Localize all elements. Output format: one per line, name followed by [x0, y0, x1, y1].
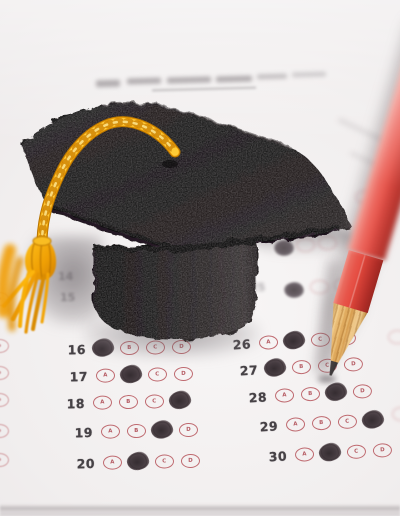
answer-bubble: C — [153, 423, 172, 437]
answer-bubble: A — [93, 395, 112, 409]
bubble-letter: C — [155, 372, 159, 377]
partial-answer-bubble — [0, 424, 9, 438]
bubble-letter: C — [160, 428, 164, 433]
bubble-letter: D — [181, 371, 186, 376]
bubble-letter: D — [188, 458, 193, 463]
bubble-letter: A — [103, 373, 107, 378]
bubble-letter: A — [108, 429, 112, 434]
answer-bubble: C — [155, 454, 174, 468]
bubble-letter: B — [319, 420, 323, 426]
answer-bubble: B — [321, 446, 341, 461]
question-number: 30 — [267, 448, 288, 464]
answer-bubble: D — [373, 443, 393, 458]
bubble-letter: A — [282, 393, 286, 399]
question-number: 19 — [73, 424, 93, 439]
pencil-mark — [118, 363, 143, 385]
partial-answer-bubble — [0, 366, 9, 380]
question-number: 17 — [68, 368, 88, 383]
partial-answer-bubble — [0, 393, 9, 407]
bubble-letter: B — [126, 399, 130, 404]
answer-bubble: D — [353, 384, 373, 399]
answer-bubble: C — [347, 444, 367, 459]
pencil-mark — [317, 441, 342, 463]
answer-bubble: D — [174, 367, 193, 381]
bubble-letter: B — [308, 391, 312, 397]
bubble-letter: B — [299, 364, 303, 370]
answer-bubble: B — [129, 455, 148, 469]
bubble-letter: D — [178, 398, 183, 403]
answer-row: 17ABCD — [68, 366, 200, 385]
bubble-letter: A — [273, 366, 277, 372]
answer-bubble: A — [286, 417, 306, 432]
answer-bubble: C — [148, 367, 167, 381]
answer-bubble: A — [103, 455, 122, 469]
answer-bubble: C — [338, 414, 358, 429]
partial-answer-bubble — [392, 407, 400, 421]
bubble-letter: D — [186, 427, 191, 432]
answer-bubble: A — [266, 361, 286, 376]
bubble-letter: C — [334, 390, 338, 396]
bubble-letter: A — [110, 460, 114, 465]
answer-row: 30ABCD — [267, 442, 400, 465]
photo-graduation-cap-on-answer-sheet: 14 15 25 16ABCD17ABCD18ABCD19ABCD20ABCD … — [0, 0, 400, 516]
answer-bubble: D — [181, 454, 200, 468]
answer-row: 18ABCD — [65, 393, 197, 412]
answer-bubble: B — [292, 360, 312, 375]
answer-bubble: A — [275, 388, 295, 403]
answer-bubble: B — [312, 416, 332, 431]
pencil-mark — [167, 389, 192, 411]
answer-bubble: A — [96, 368, 115, 382]
bubble-letter: D — [360, 389, 365, 395]
question-number: 18 — [65, 395, 85, 410]
bubble-letter: A — [100, 400, 104, 405]
answer-row: 28ABCD — [247, 383, 380, 406]
bubble-letter: C — [152, 399, 156, 404]
pencil-mark — [360, 408, 385, 430]
answer-bubble: D — [364, 413, 384, 428]
answer-bubble: B — [301, 387, 321, 402]
answer-bubble: A — [101, 424, 120, 438]
answer-bubble: B — [127, 424, 146, 438]
answer-bubble: B — [122, 368, 141, 382]
pencil-mark — [149, 419, 174, 441]
bubble-letter: D — [380, 448, 385, 454]
bubble-letter: B — [134, 428, 138, 433]
answer-bubble: D — [179, 423, 198, 437]
felt-texture — [22, 103, 352, 340]
answer-bubble: C — [327, 385, 347, 400]
bubble-letter: C — [162, 459, 166, 464]
question-number: 20 — [75, 455, 95, 470]
answer-bubble: B — [119, 395, 138, 409]
answer-bubble: C — [145, 394, 164, 408]
pencil-mark — [323, 381, 348, 403]
pencil-mark — [125, 450, 150, 472]
answer-row: 29ABCD — [258, 412, 391, 435]
bubble-letter: A — [293, 422, 297, 428]
bubble-letter: B — [136, 459, 140, 464]
partial-answer-bubble — [0, 453, 9, 467]
bubble-letter: C — [345, 419, 349, 425]
question-number: 29 — [258, 418, 279, 434]
answer-bubble: D — [171, 394, 190, 408]
answer-bubble: A — [295, 447, 315, 462]
bubble-letter: D — [371, 418, 376, 424]
question-number: 28 — [247, 389, 268, 405]
answer-row: 19ABCD — [73, 422, 205, 441]
bubble-letter: B — [129, 372, 133, 377]
question-number: 27 — [238, 362, 259, 378]
bubble-letter: A — [302, 452, 306, 458]
bubble-letter: B — [328, 450, 332, 456]
bubble-letter: C — [354, 449, 358, 455]
answer-row: 20ABCD — [75, 453, 207, 472]
sheet-bottom-edge — [0, 504, 400, 516]
